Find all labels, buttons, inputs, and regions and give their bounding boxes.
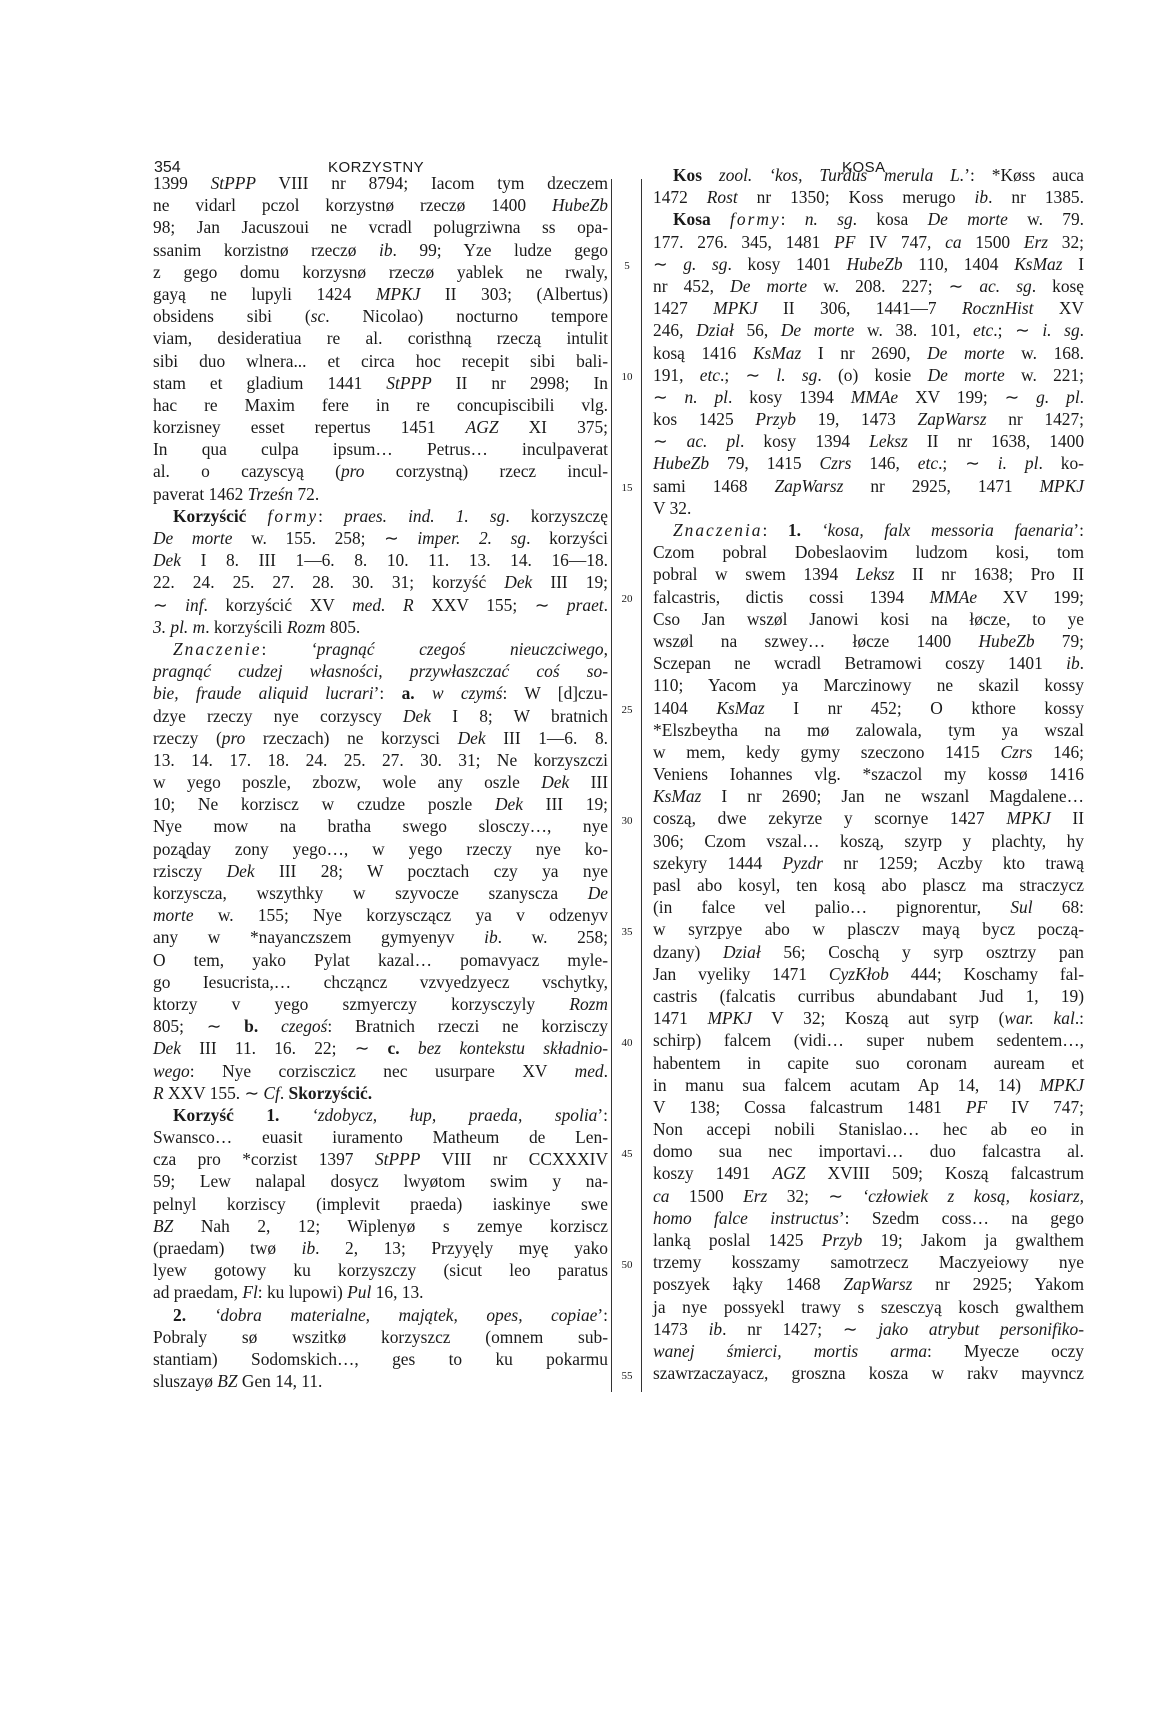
text-line: lanką poslal 1425 Przyb 19; Jakom ja gwa…	[653, 1229, 1084, 1251]
text-line: dzany) Dział 56; Coschą y syrp osztrzy p…	[653, 941, 1084, 963]
text-line: Czom pobral Dobeslaovim ludzom kosi, tom	[653, 541, 1084, 563]
text-line: Nye mow na bratha swego slosczy…, nye	[153, 815, 608, 837]
line-number: 25	[619, 704, 635, 716]
line-number: 55	[619, 1370, 635, 1382]
text-line: castris (falcatis curribus abundabant Ju…	[653, 985, 1084, 1007]
text-line: 191, etc.; ∼ l. sg. (o) kosie De morte w…	[653, 364, 1084, 386]
text-line: Korzyść 1. ‘zdobycz, łup, praeda, spolia…	[153, 1104, 608, 1126]
text-line: Jan vyeliky 1471 CyzKłob 444; Koschamy f…	[653, 963, 1084, 985]
text-line: Kos zool. ‘kos, Turdus merula L.’: *Køss…	[653, 164, 1084, 186]
text-line: Swansco… euasit iuramento Matheum de Len…	[153, 1126, 608, 1148]
text-line: Dek I 8. III 1—6. 8. 10. 11. 13. 14. 16—…	[153, 549, 608, 571]
text-line: sibi duo wlnera... et circa hoc recepit …	[153, 350, 608, 372]
text-line: gayą ne lupyli 1424 MPKJ II 303; (Albert…	[153, 283, 608, 305]
text-line: trzemy kosszamy samotrzecz Maczyeiowy ny…	[653, 1251, 1084, 1273]
text-line: schirp) falcem (vidi… super nubem sedent…	[653, 1029, 1084, 1051]
text-line: *Elszbeytha na mø zalowala, tym ya wszal	[653, 719, 1084, 741]
column-rule-right	[641, 179, 642, 1392]
text-line: R XXV 155. ∼ Cf. Skorzyścić.	[153, 1082, 608, 1104]
text-line: pelnyl korziscy (implevit praeda) iaskin…	[153, 1193, 608, 1215]
text-line: 10; Ne korziscz w czudze poszle Dek III …	[153, 793, 608, 815]
text-line: paverat 1462 Trześn 72.	[153, 483, 608, 505]
text-line: HubeZb 79, 1415 Czrs 146, etc.; ∼ i. pl.…	[653, 452, 1084, 474]
text-line: 98; Jan Jacuszoui ne vcradl polugrziwna …	[153, 216, 608, 238]
text-line: korzisney esset repertus 1451 AGZ XI 375…	[153, 416, 608, 438]
right-column: Kos zool. ‘kos, Turdus merula L.’: *Køss…	[653, 164, 1084, 1384]
text-line: pobral w swem 1394 Leksz II nr 1638; Pro…	[653, 563, 1084, 585]
text-line: De morte w. 155. 258; ∼ imper. 2. sg. ko…	[153, 527, 608, 549]
text-line: 1473 ib. nr 1427; ∼ jako atrybut personi…	[653, 1318, 1084, 1340]
text-line: nr 452, De morte w. 208. 227; ∼ ac. sg. …	[653, 275, 1084, 297]
text-line: ad praedam, Fl: ku lupowi) Pul 16, 13.	[153, 1281, 608, 1303]
text-line: Korzyścić formy: praes. ind. 1. sg. korz…	[153, 505, 608, 527]
text-line: 110; Yacom ya Marczinowy ne skazil kossy	[653, 674, 1084, 696]
text-line: Pobraly sø wszitkø korzyszcz (omnem sub-	[153, 1326, 608, 1348]
text-line: go Iesucrista,… chcząncz vzvyedzyecz vsc…	[153, 971, 608, 993]
text-line: KsMaz I nr 2690; Jan ne wszanl Magdalene…	[653, 785, 1084, 807]
text-line: 805; ∼ b. czegoś: Bratnich rzeczi ne kor…	[153, 1015, 608, 1037]
text-line: stam et gladium 1441 StPPP II nr 2998; I…	[153, 372, 608, 394]
text-line: Kosa formy: n. sg. kosa De morte w. 79.	[653, 208, 1084, 230]
text-line: z gego domu korzysnø rzeczø yablek ne rw…	[153, 261, 608, 283]
text-line: 246, Dział 56, De morte w. 38. 101, etc.…	[653, 319, 1084, 341]
text-line: 1427 MPKJ II 306, 1441—7 RocznHist XV	[653, 297, 1084, 319]
text-line: ja nye possyekl trawy s szesczyą kosch g…	[653, 1296, 1084, 1318]
text-line: dzye rzeczy nye corzyscy Dek I 8; W brat…	[153, 705, 608, 727]
column-rule-left	[611, 179, 612, 1392]
text-line: Dek III 11. 16. 22; ∼ c. bez kontekstu s…	[153, 1037, 608, 1059]
text-line: viam, desideratiua re al. coristhną rzec…	[153, 327, 608, 349]
text-line: szawrzaczayacz, groszna kosza w rakv may…	[653, 1362, 1084, 1384]
line-number: 45	[619, 1148, 635, 1160]
text-line: wszøl na szwey… łøcze 1400 HubeZb 79;	[653, 630, 1084, 652]
text-line: obsidens sibi (sc. Nicolao) nocturno tem…	[153, 305, 608, 327]
text-line: falcastris, dictis cossi 1394 MMAe XV 19…	[653, 586, 1084, 608]
text-line: wanej śmierci, mortis arma: Myecze oczy	[653, 1340, 1084, 1362]
text-line: ne vidarl pczol korzystnø rzeczø 1400 Hu…	[153, 194, 608, 216]
text-line: 59; Lew nalapal dosycz lwyøtom swim y na…	[153, 1170, 608, 1192]
text-line: Cso Jan wszøl Janowi kosi na łøcze, to y…	[653, 608, 1084, 630]
text-line: bie, fraude aliquid lucrari’: a. w czymś…	[153, 682, 608, 704]
text-line: 306; Czom vszal… koszą, szyrp y plachty,…	[653, 830, 1084, 852]
text-line: rzisczy Dek III 28; W pocztach czy ya ny…	[153, 860, 608, 882]
text-line: ssanim korzistnø rzeczø ib. 99; Yze ludz…	[153, 239, 608, 261]
text-line: wego: Nye corzisczicz nec usurpare XV me…	[153, 1060, 608, 1082]
text-line: ∼ inf. korzyścić XV med. R XXV 155; ∼ pr…	[153, 594, 608, 616]
text-line: kos 1425 Przyb 19, 1473 ZapWarsz nr 1427…	[653, 408, 1084, 430]
text-line: habentem in capite suo coronam auream et	[653, 1052, 1084, 1074]
text-line: 2. ‘dobra materialne, majątek, opes, cop…	[153, 1304, 608, 1326]
text-line: w syrzpye abo w plasczv mayą bycz począ-	[653, 918, 1084, 940]
text-line: al. o cazyscyą (pro corzystną) rzecz inc…	[153, 460, 608, 482]
text-line: O tem, yako Pylat kazal… pomavyacz myle-	[153, 949, 608, 971]
text-line: Non accepi nobili Stanislao… hec ab eo i…	[653, 1118, 1084, 1140]
text-line: domo sua nec importavi… duo falcastra al…	[653, 1140, 1084, 1162]
text-line: sluszayø BZ Gen 14, 11.	[153, 1370, 608, 1392]
text-line: ca 1500 Erz 32; ∼ ‘człowiek z kosą, kosi…	[653, 1185, 1084, 1207]
text-line: coszą, dwe zekyrze y scornye 1427 MPKJ I…	[653, 807, 1084, 829]
text-line: korzyscza, wszythky w szyvocze szanyscza…	[153, 882, 608, 904]
line-number: 40	[619, 1037, 635, 1049]
text-line: Znaczenie: ‘pragnąć czegoś nieuczciwego,	[153, 638, 608, 660]
text-line: (in falce vel palio… pignorentur, Sul 68…	[653, 896, 1084, 918]
text-line: any w *nayanczszem gymyenyv ib. w. 258;	[153, 926, 608, 948]
text-line: 1399 StPPP VIII nr 8794; Iacom tym dzecz…	[153, 172, 608, 194]
text-line: sami 1468 ZapWarsz nr 2925, 1471 MPKJ	[653, 475, 1084, 497]
text-line: 13. 14. 17. 18. 24. 25. 27. 30. 31; Ne k…	[153, 749, 608, 771]
left-column: 1399 StPPP VIII nr 8794; Iacom tym dzecz…	[153, 172, 608, 1392]
text-line: 1472 Rost nr 1350; Koss merugo ib. nr 13…	[653, 186, 1084, 208]
text-line: koszy 1491 AGZ XVIII 509; Koszą falcastr…	[653, 1162, 1084, 1184]
text-line: 3. pl. m. korzyścili Rozm 805.	[153, 616, 608, 638]
text-line: szekyry 1444 Pyzdr nr 1259; Aczby kto tr…	[653, 852, 1084, 874]
text-line: poszyek łąky 1468 ZapWarsz nr 2925; Yako…	[653, 1273, 1084, 1295]
line-number: 5	[619, 260, 635, 272]
text-line: w yego poszle, zbozw, wole any oszle Dek…	[153, 771, 608, 793]
text-line: pasl abo kosyl, ten kosą abo plascz ma s…	[653, 874, 1084, 896]
text-line: pozą̨day zony yego…, w yego rzeczy nye k…	[153, 838, 608, 860]
text-line: 1404 KsMaz I nr 452; O kthore kossy	[653, 697, 1084, 719]
text-line: morte w. 155; Nye korzysczącz ya v odzen…	[153, 904, 608, 926]
text-line: 22. 24. 25. 27. 28. 30. 31; korzyść Dek …	[153, 571, 608, 593]
text-line: ∼ g. sg. kosy 1401 HubeZb 110, 1404 KsMa…	[653, 253, 1084, 275]
line-number: 35	[619, 926, 635, 938]
text-line: hac re Maxim fere in re concupiscibili v…	[153, 394, 608, 416]
text-line: V 138; Cossa falcastrum 1481 PF IV 747;	[653, 1096, 1084, 1118]
text-line: kosą 1416 KsMaz I nr 2690, De morte w. 1…	[653, 342, 1084, 364]
text-line: V 32.	[653, 497, 1084, 519]
text-line: cza pro *corzist 1397 StPPP VIII nr CCXX…	[153, 1148, 608, 1170]
text-line: BZ Nah 2, 12; Wiplenyø s zemye korziscz	[153, 1215, 608, 1237]
text-line: rzeczy (pro rzeczach) ne korzysci Dek II…	[153, 727, 608, 749]
text-line: Sczepan ne wcradl Betramowi coszy 1401 i…	[653, 652, 1084, 674]
line-number: 20	[619, 593, 635, 605]
text-line: In qua culpa ipsum… Petrus… inculpaverat	[153, 438, 608, 460]
text-line: w mem, kedy gymy szeczono 1415 Czrs 146;	[653, 741, 1084, 763]
text-line: homo falce instructus’: Szedm coss… na g…	[653, 1207, 1084, 1229]
text-line: (praedam) twø ib. 2, 13; Przyyęly myę ya…	[153, 1237, 608, 1259]
text-line: 1471 MPKJ V 32; Koszą aut syrp (war. kal…	[653, 1007, 1084, 1029]
line-number: 50	[619, 1259, 635, 1271]
text-line: 177. 276. 345, 1481 PF IV 747, ca 1500 E…	[653, 231, 1084, 253]
text-line: ktorzy v yego szmyerczy korzysczyly Rozm	[153, 993, 608, 1015]
text-line: ∼ ac. pl. kosy 1394 Leksz II nr 1638, 14…	[653, 430, 1084, 452]
text-line: in manu sua falcem acutam Ap 14, 14) MPK…	[653, 1074, 1084, 1096]
line-number: 15	[619, 482, 635, 494]
text-line: ∼ n. pl. kosy 1394 MMAe XV 199; ∼ g. pl.	[653, 386, 1084, 408]
text-line: stantiam) Sodomskich…, ges to ku pokarmu	[153, 1348, 608, 1370]
line-number: 30	[619, 815, 635, 827]
text-line: pragnąć cudzej własności, przywłaszczać …	[153, 660, 608, 682]
line-number: 10	[619, 371, 635, 383]
text-line: Veniens Iohannes vlg. *szaczol my kossø …	[653, 763, 1084, 785]
text-line: lyew gotowy ku korzyszczy (sicut leo par…	[153, 1259, 608, 1281]
text-line: Znaczenia: 1. ‘kosa, falx messoria faena…	[653, 519, 1084, 541]
